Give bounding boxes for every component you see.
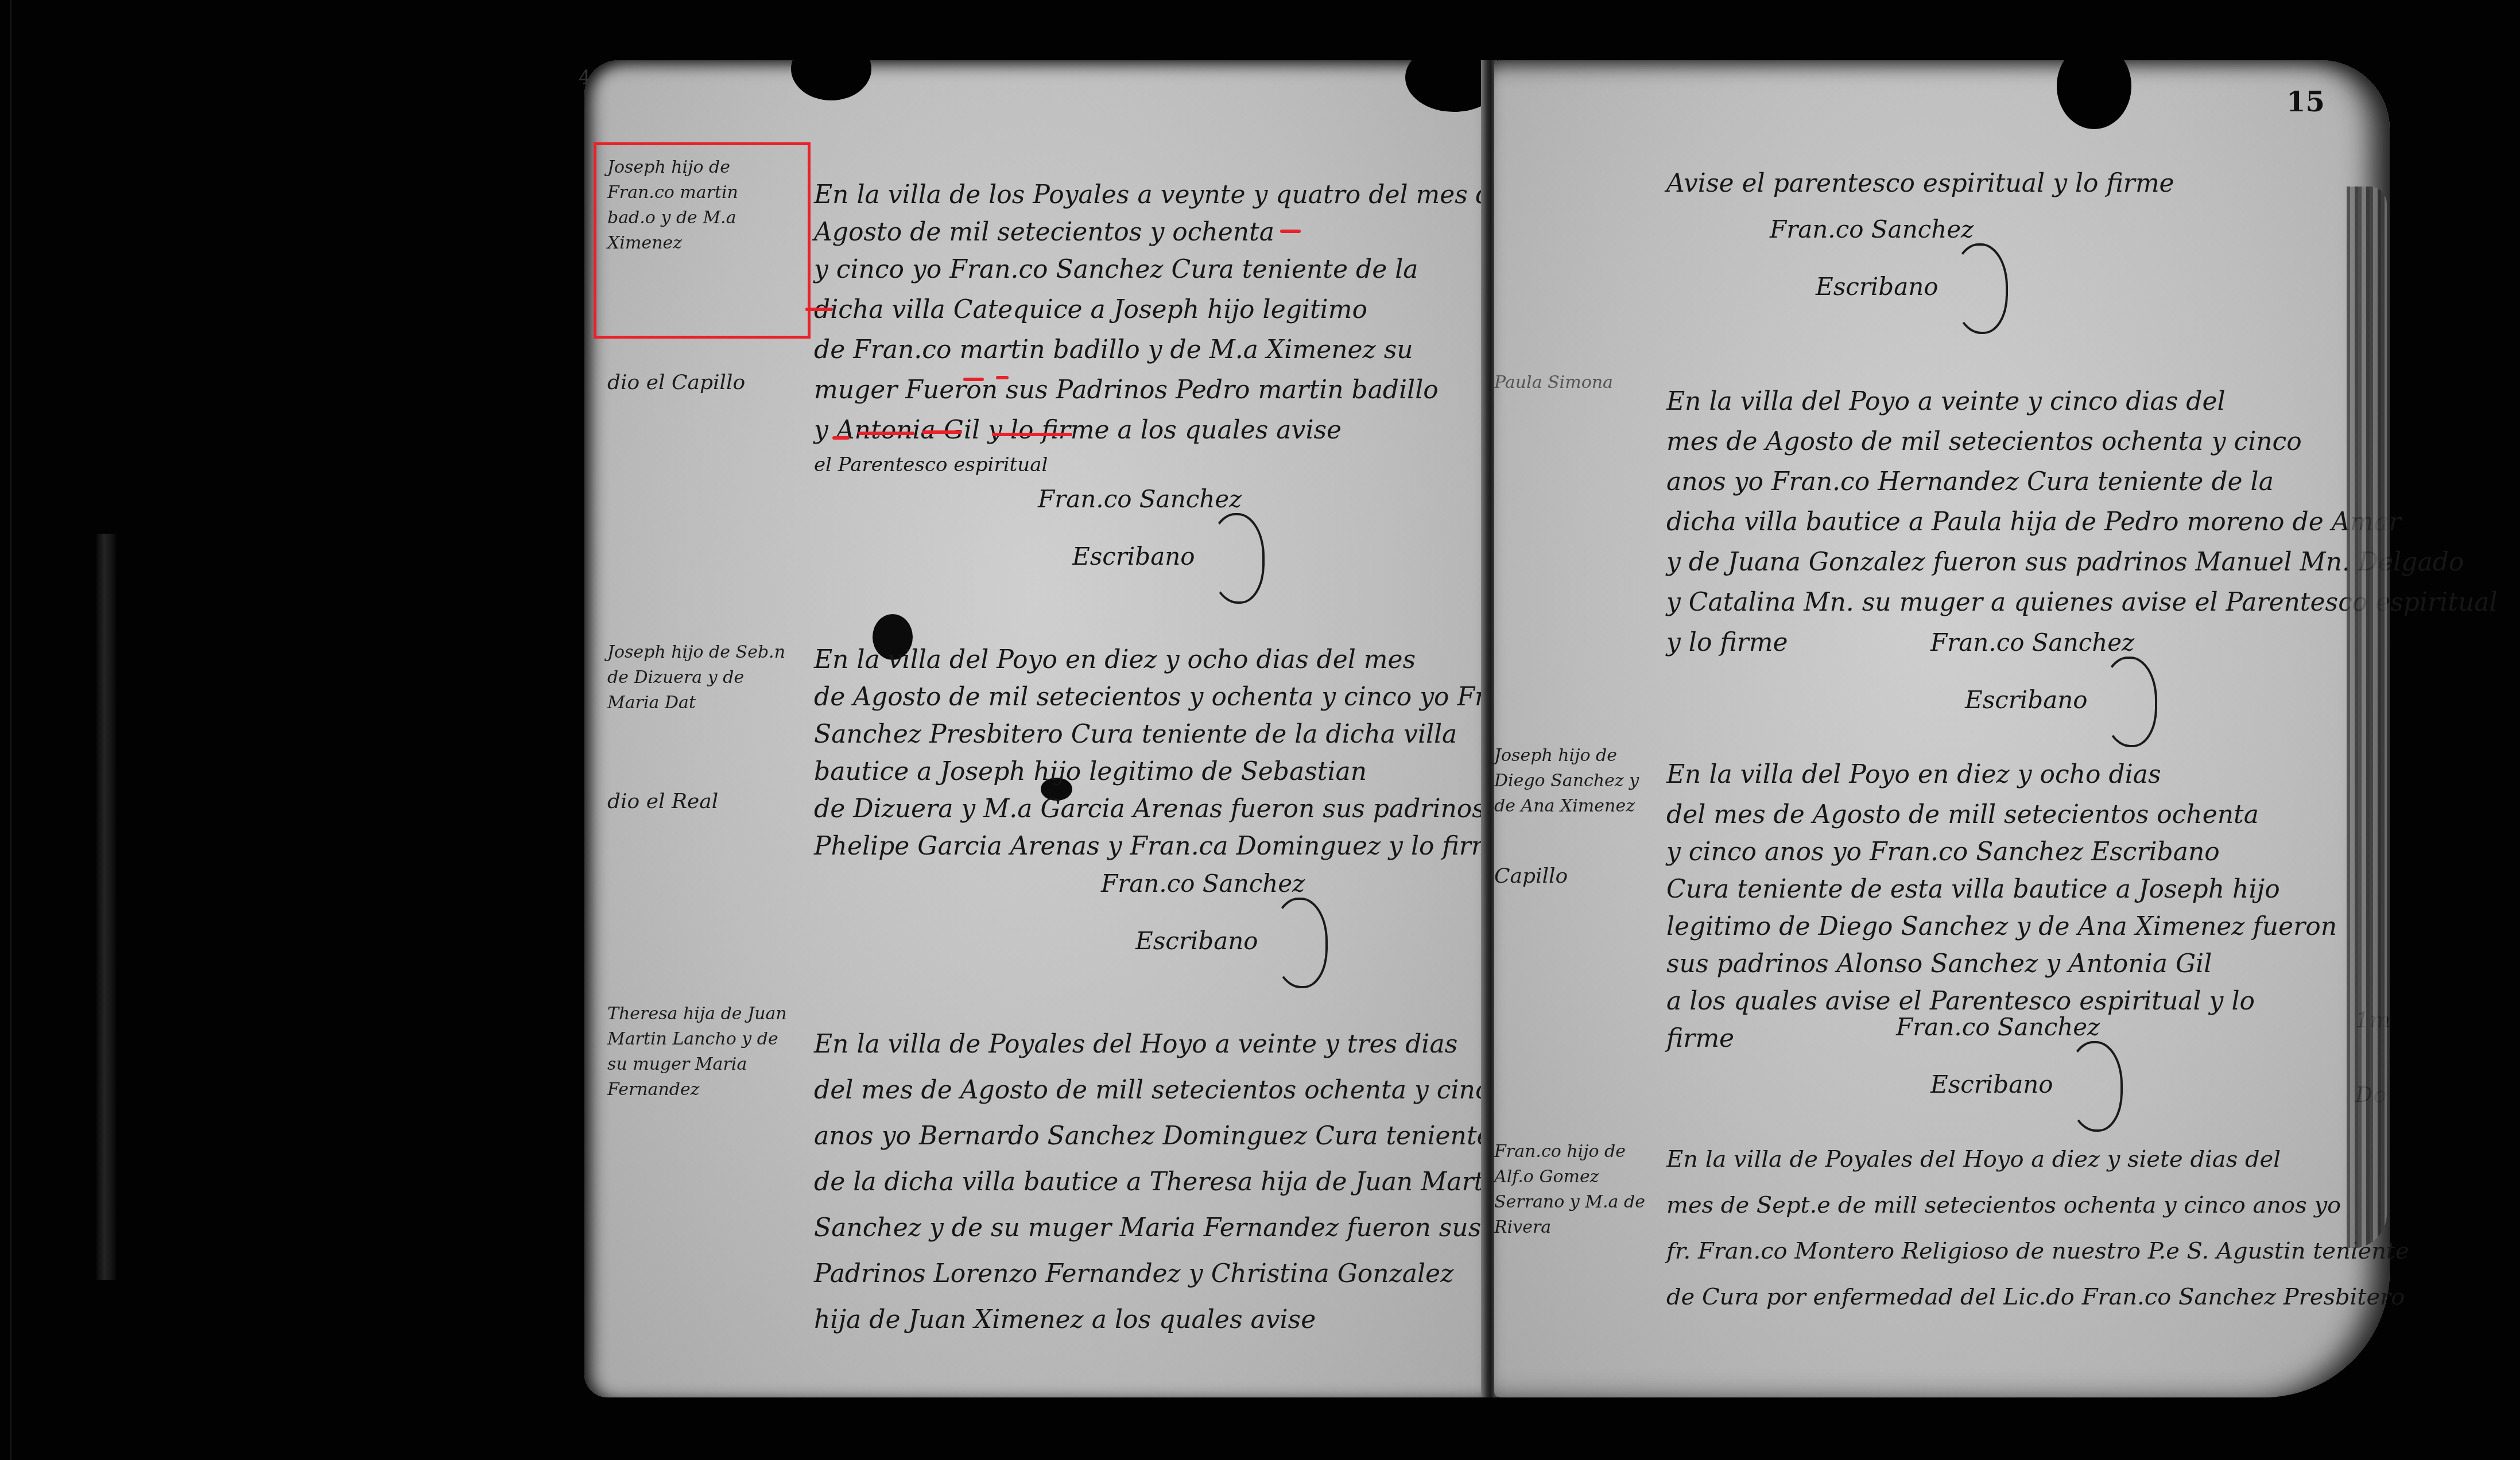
- margin-note-dio: dio el Capillo: [607, 370, 791, 395]
- red-underline: [858, 432, 914, 435]
- page-stack-edge: [2347, 187, 2387, 1248]
- signature: Fran.co Sanchez Escribano: [1930, 628, 2157, 747]
- margin-note-baptized: Theresa hija de Juan Martin Lancho y de …: [607, 1001, 802, 1102]
- register-spread: 4 Joseph hijo de Fran.co martin bad.o y …: [584, 60, 2418, 1397]
- signature: Fran.co Sanchez Escribano: [1770, 215, 2008, 334]
- document-viewer: 4 Joseph hijo de Fran.co martin bad.o y …: [0, 0, 2520, 1460]
- red-underline: [963, 378, 984, 381]
- signature: Fran.co Sanchez Escribano: [1896, 1013, 2123, 1132]
- signature: Fran.co Sanchez Escribano: [1038, 485, 1265, 604]
- red-underline: [922, 430, 962, 434]
- signature: Fran.co Sanchez Escribano: [1101, 869, 1328, 988]
- margin-note-dio: dio el Real: [607, 789, 791, 814]
- margin-note-baptized: Paula Simona: [1494, 370, 1643, 395]
- signature-flourish: [1271, 898, 1328, 988]
- margin-note-dio: Capillo: [1494, 864, 1643, 889]
- page-number-fragment: 4: [579, 66, 591, 89]
- signature-flourish: [2067, 1041, 2123, 1132]
- signature-flourish: [2101, 657, 2157, 747]
- margin-note-baptized: Joseph hijo de Diego Sanchez y de Ana Xi…: [1494, 743, 1655, 819]
- margin-note-baptized: Fran.co hijo de Alf.o Gomez Serrano y M.…: [1494, 1139, 1666, 1240]
- margin-note-baptized: Joseph hijo de Seb.n de Dizuera y de Mar…: [607, 640, 791, 716]
- page-tear: [791, 37, 871, 100]
- highlight-box: [594, 142, 811, 339]
- right-page: 15 Avise el parentesco espiritual y lo f…: [1494, 60, 2390, 1397]
- red-underline: [996, 376, 1009, 379]
- scan-edge-line: [10, 0, 11, 1460]
- red-underline: [832, 436, 850, 440]
- red-underline: [1280, 230, 1301, 233]
- red-underline: [992, 433, 1072, 436]
- signature-flourish: [1208, 513, 1265, 604]
- red-underline: [805, 308, 833, 311]
- binding-edge: [96, 534, 116, 1280]
- signature-flourish: [1952, 243, 2008, 334]
- heading-line: Avise el parentesco espiritual y lo firm…: [1666, 164, 2174, 204]
- page-tear: [2057, 43, 2131, 129]
- page-number: 15: [2286, 86, 2325, 118]
